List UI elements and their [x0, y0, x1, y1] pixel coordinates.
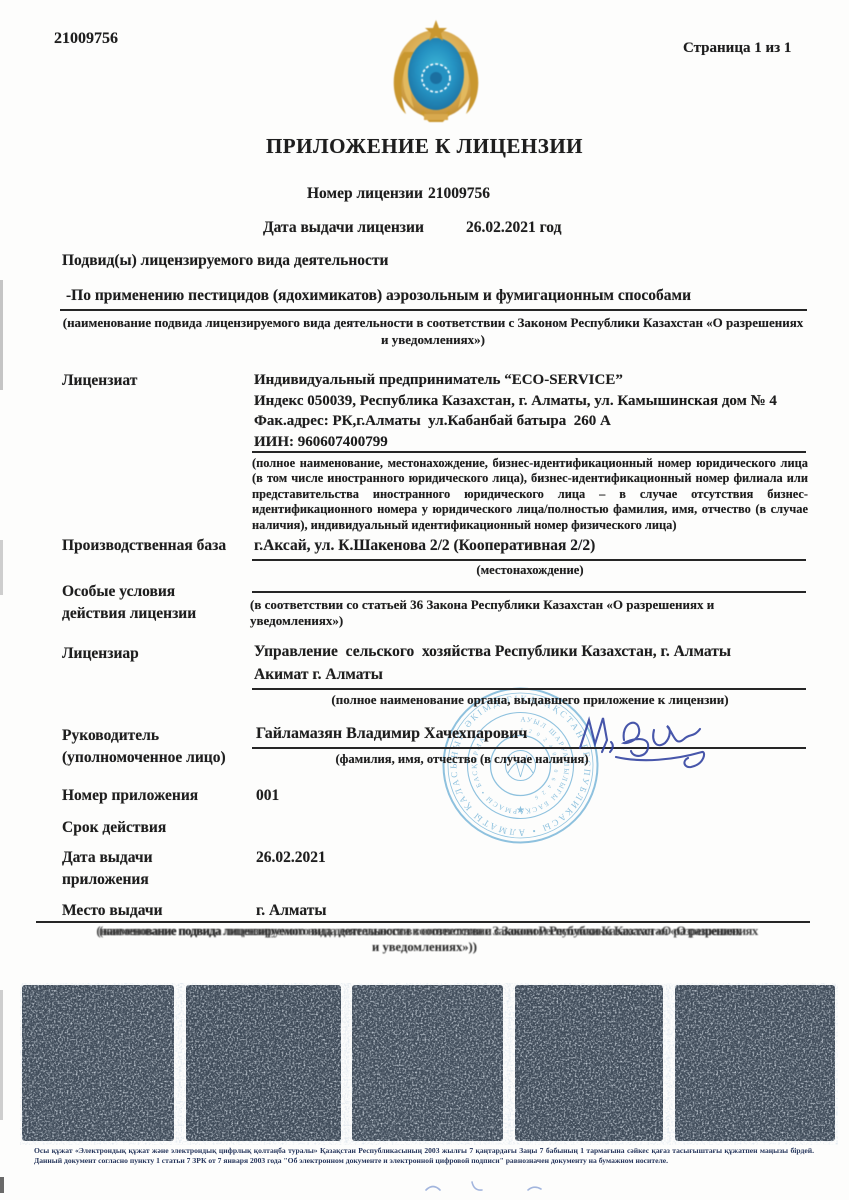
divider-line [252, 747, 806, 749]
issue-date-label-line2: приложения [62, 871, 149, 889]
activity-subtype-caption: (наименование подвида лицензируемого вид… [58, 314, 808, 348]
scan-edge-artifact [0, 990, 3, 1120]
issue-date-label-line1: Дата выдачи [62, 849, 153, 867]
activity-subtype-value: -По применению пестицидов (ядохимикатов)… [66, 287, 691, 305]
divider-line [252, 559, 806, 561]
licensee-name: Индивидуальный предприниматель “ECO-SERV… [254, 370, 816, 391]
validity-label: Срок действия [62, 819, 166, 837]
scan-edge-artifact [0, 1177, 4, 1193]
production-base-label: Производственная база [62, 537, 226, 555]
activity-subtype-label: Подвид(ы) лицензируемого вида деятельнос… [62, 252, 388, 270]
production-base-value: г.Аксай, ул. К.Шакенова 2/2 (Кооперативн… [254, 537, 595, 555]
licensor-name-line2: Акимат г. Алматы [254, 666, 383, 684]
license-number-value: 21009756 [428, 185, 490, 203]
smeared-caption-line1: (наименование подвида лицензируемого вид… [36, 924, 810, 941]
divider-line [252, 688, 806, 690]
appendix-number-label: Номер приложения [62, 787, 198, 805]
licensee-details: Индивидуальный предприниматель “ECO-SERV… [254, 370, 816, 452]
special-conditions-caption: (в соответствии со статьей 36 Закона Рес… [250, 597, 808, 629]
head-label-line1: Руководитель [62, 727, 159, 745]
licensor-caption: (полное наименование органа, выдавшего п… [252, 692, 808, 708]
licensee-fact-address: Фак.адрес: РК,г.Алматы ул.Кабанбай батыр… [254, 411, 816, 432]
special-conditions-label-line2: действия лицензии [62, 605, 196, 623]
legal-footer-text: Осы құжат «Электрондық құжат және электр… [34, 1146, 814, 1165]
special-conditions-label-line1: Особые условия [62, 583, 175, 601]
issue-place-label: Место выдачи [62, 902, 163, 920]
handwritten-signature-icon [572, 708, 710, 780]
issue-date-value: 26.02.2021 [256, 849, 326, 867]
license-date-label: Дата выдачи лицензии [263, 219, 424, 237]
noise-block-group [22, 985, 835, 1141]
licensee-iin: ИИН: 960607400799 [254, 432, 816, 453]
license-number-label: Номер лицензии [307, 185, 423, 203]
licensee-label: Лицензиат [62, 372, 137, 390]
license-appendix-document: 21009756 Страница 1 из 1 [0, 0, 849, 1200]
svg-text:★: ★ [516, 805, 525, 816]
license-date-value: 26.02.2021 год [466, 219, 561, 237]
licensee-address: Индекс 050039, Республика Казахстан, г. … [254, 391, 816, 412]
scan-edge-artifact [0, 540, 3, 595]
production-base-caption: (местонахождение) [252, 563, 808, 578]
licensee-caption: (полное наименование, местонахождение, б… [252, 456, 808, 533]
head-name-value: Гайламазян Владимир Хачехпарович [256, 725, 527, 743]
divider-line [60, 309, 807, 311]
faint-ink-scribble-icon [420, 1176, 590, 1198]
document-title: ПРИЛОЖЕНИЕ К ЛИЦЕНЗИИ [0, 134, 849, 159]
appendix-number-value: 001 [256, 787, 279, 805]
smeared-caption-line2: и уведомлениях»)) [0, 940, 849, 955]
head-caption: (фамилия, имя, отчество (в случае наличи… [252, 752, 672, 767]
issue-place-value: г. Алматы [256, 902, 326, 920]
licensor-name-line1: Управление сельского хозяйства Республик… [254, 643, 814, 661]
divider-line [252, 591, 806, 593]
document-number-header: 21009756 [54, 30, 118, 48]
page-count-label: Страница 1 из 1 [683, 40, 791, 57]
divider-line [36, 921, 810, 923]
scan-edge-artifact [0, 280, 3, 390]
kazakhstan-coat-of-arms-icon [384, 16, 488, 126]
digital-signature-noise-blocks [20, 983, 838, 1145]
head-label-line2: (уполномоченное лицо) [62, 749, 226, 767]
licensor-label: Лицензиар [62, 645, 139, 663]
